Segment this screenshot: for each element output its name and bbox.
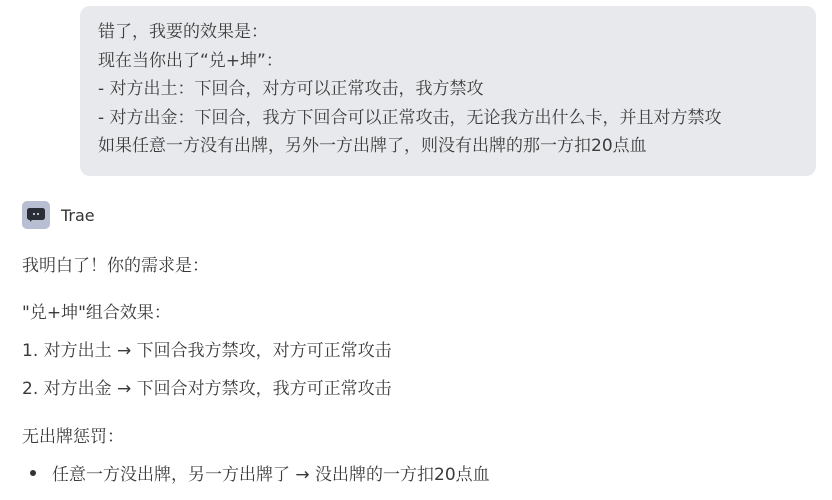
reply-intro: 我明白了！你的需求是： — [22, 251, 209, 276]
user-message-line: - 对方出土：下回合，对方可以正常攻击，我方禁攻 — [98, 75, 816, 104]
assistant-avatar — [22, 201, 50, 229]
bullet-icon — [30, 470, 36, 476]
penalty-list-item: 任意一方没出牌，另一方出牌了 → 没出牌的一方扣20点血 — [22, 460, 490, 485]
chat-bubble-icon — [27, 208, 45, 222]
assistant-header: Trae — [22, 201, 95, 229]
penalty-item-text: 任意一方没出牌，另一方出牌了 → 没出牌的一方扣20点血 — [52, 460, 490, 485]
user-message-line: 现在当你出了“兑+坤”： — [98, 47, 816, 76]
penalty-title: 无出牌惩罚： — [22, 422, 124, 447]
combo-item: 1. 对方出土 → 下回合我方禁攻，对方可正常攻击 — [22, 336, 392, 361]
combo-title: "兑+坤"组合效果： — [22, 298, 171, 323]
user-message-bubble: 错了，我要的效果是： 现在当你出了“兑+坤”： - 对方出土：下回合，对方可以正… — [80, 6, 816, 176]
user-message-line: 如果任意一方没有出牌，另外一方出牌了，则没有出牌的那一方扣20点血 — [98, 132, 816, 161]
combo-item: 2. 对方出金 → 下回合对方禁攻，我方可正常攻击 — [22, 374, 392, 399]
user-message-line: 错了，我要的效果是： — [98, 18, 816, 47]
user-message-line: - 对方出金：下回合，我方下回合可以正常攻击，无论我方出什么卡，并且对方禁攻 — [98, 104, 816, 133]
assistant-name: Trae — [61, 206, 95, 225]
